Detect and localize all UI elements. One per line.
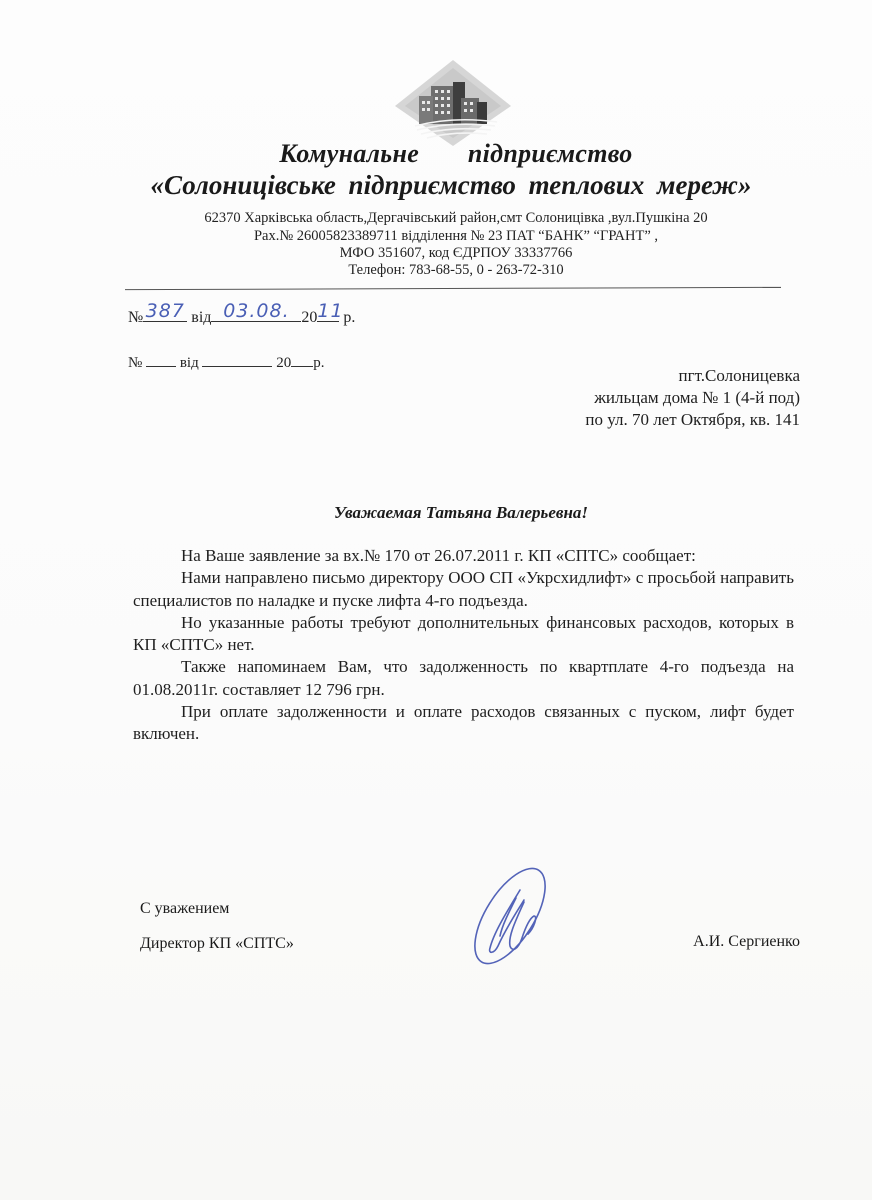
outgoing-registration: №387 від03.08.2011 р. [128, 305, 355, 327]
addressee-street: по ул. 70 лет Октября, кв. 141 [585, 410, 800, 430]
incoming-number-field [146, 350, 176, 367]
company-logo [393, 58, 513, 148]
from-label: від [191, 309, 211, 326]
from-label: від [180, 355, 199, 371]
year-prefix: 20 [301, 309, 317, 326]
body-paragraph: Нами направлено письмо директору ООО СП … [133, 567, 794, 612]
number-label: № [128, 309, 143, 326]
buildings-logo-icon [393, 58, 513, 148]
incoming-registration: № від 20р. [128, 350, 324, 372]
addressee-locality: пгт.Солоницевка [679, 366, 800, 386]
body-paragraph: Но указанные работы требуют дополнительн… [133, 612, 794, 657]
signer-position: Директор КП «СПТС» [140, 935, 294, 953]
handwritten-signature-icon [450, 862, 570, 972]
incoming-year-field [291, 350, 313, 367]
organization-type: Комунальне підприємство [0, 139, 872, 169]
bank-details: Рах.№ 26005823389711 відділення № 23 ПАТ… [0, 228, 872, 245]
registry-codes: МФО 351607, код ЄДРПОУ 33337766 [0, 245, 872, 262]
outgoing-number-field: 387 [143, 305, 187, 322]
closing-phrase: С уважением [140, 900, 229, 918]
year-prefix: 20 [276, 355, 291, 371]
signer-name: А.И. Сергиенко [693, 933, 800, 951]
outgoing-year-field: 11 [317, 305, 339, 322]
outgoing-number: 387 [143, 300, 187, 322]
incoming-date-field [202, 350, 272, 367]
year-label: р. [313, 355, 324, 371]
outgoing-date: 03.08. [211, 300, 301, 322]
body-paragraph: Также напоминаем Вам, что задолженность … [133, 656, 794, 701]
salutation: Уважаемая Татьяна Валерьевна! [0, 503, 872, 523]
outgoing-date-field: 03.08. [211, 305, 301, 322]
letter-body: На Ваше заявление за вх.№ 170 от 26.07.2… [133, 545, 794, 746]
header-divider [125, 287, 781, 290]
body-paragraph: При оплате задолженности и оплате расход… [133, 701, 794, 746]
signature-mark [450, 862, 570, 972]
phone-numbers: Телефон: 783-68-55, 0 - 263-72-310 [0, 262, 872, 279]
organization-address: 62370 Харківська область,Дергачівський р… [0, 210, 872, 227]
year-label: р. [343, 309, 355, 326]
organization-name: «Солоницівське підприємство теплових мер… [0, 170, 872, 201]
body-paragraph: На Ваше заявление за вх.№ 170 от 26.07.2… [133, 545, 794, 567]
number-label: № [128, 355, 142, 371]
addressee-recipients: жильцам дома № 1 (4-й под) [594, 388, 800, 408]
outgoing-year: 11 [317, 300, 339, 322]
